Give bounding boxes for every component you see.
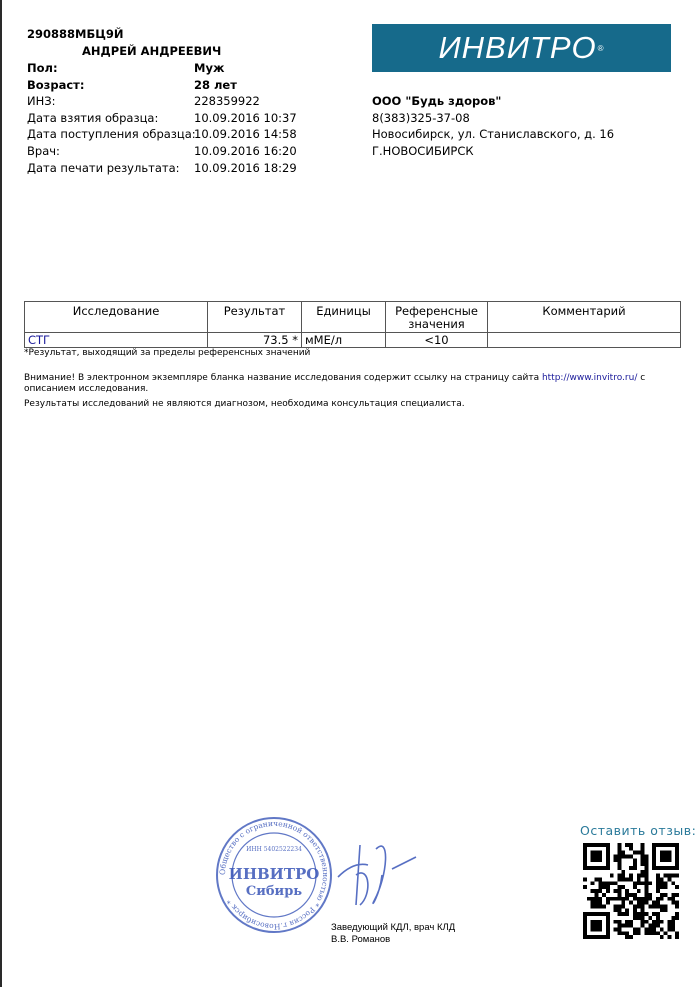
disclaimer: Результаты исследований не являются диаг…	[24, 399, 465, 409]
field-value: 10.09.2016 18:29	[194, 161, 297, 175]
units-cell: мМЕ/л	[302, 333, 386, 348]
invitro-logo: ИНВИТРО®	[372, 24, 671, 72]
registered-mark: ®	[598, 44, 605, 53]
comment-cell	[488, 333, 681, 348]
reference-cell: <10	[386, 333, 488, 348]
col-units: Единицы	[302, 302, 386, 333]
lab-address: Новосибирск, ул. Станиславского, д. 16	[372, 127, 614, 141]
signer-name: В.В. Романов	[331, 934, 390, 945]
field-value: 28 лет	[194, 78, 237, 92]
svg-text:ИНН 5402522234: ИНН 5402522234	[246, 846, 302, 853]
attention-text: Внимание! В электронном экземпляре бланк…	[24, 373, 542, 383]
field-label: Пол:	[27, 61, 58, 75]
field-label: Возраст:	[27, 78, 84, 92]
patient-name: АНДРЕЙ АНДРЕЕВИЧ	[82, 44, 221, 58]
out-of-range-flag: *	[292, 333, 298, 347]
field-value: 10.09.2016 14:58	[194, 127, 297, 141]
qr-code-icon[interactable]	[583, 843, 679, 939]
footnote: *Результат, выходящий за пределы референ…	[24, 348, 310, 358]
field-label: Дата поступления образца:	[27, 127, 196, 141]
col-result: Результат	[208, 302, 302, 333]
col-comment: Комментарий	[488, 302, 681, 333]
lab-city: Г.НОВОСИБИРСК	[372, 144, 474, 158]
invitro-link[interactable]: http://www.invitro.ru/	[542, 373, 637, 383]
field-label: ИНЗ:	[27, 94, 56, 108]
feedback-label: Оставить отзыв:	[580, 823, 696, 838]
field-label: Дата печати результата:	[27, 161, 180, 175]
field-value: 10.09.2016 16:20	[194, 144, 297, 158]
col-test: Исследование	[25, 302, 208, 333]
test-name-link[interactable]: СТГ	[25, 333, 208, 348]
result-cell: 73.5 *	[208, 333, 302, 348]
svg-text:Сибирь: Сибирь	[246, 884, 302, 899]
table-row: СТГ 73.5 * мМЕ/л <10	[25, 333, 681, 348]
signature-icon	[330, 835, 420, 915]
result-value: 73.5	[263, 333, 289, 347]
field-value: Муж	[194, 61, 224, 75]
order-id: 290888МБЦ9Й	[27, 27, 124, 41]
signer-position: Заведующий КДЛ, врач КЛД	[331, 922, 455, 933]
col-reference: Референсные значения	[386, 302, 488, 333]
field-value: 10.09.2016 10:37	[194, 111, 297, 125]
lab-company: ООО "Будь здоров"	[372, 94, 501, 108]
logo-text: ИНВИТРО	[438, 30, 596, 66]
svg-text:ИНВИТРО: ИНВИТРО	[229, 865, 320, 883]
table-header-row: Исследование Результат Единицы Референсн…	[25, 302, 681, 333]
lab-phone: 8(383)325-37-08	[372, 111, 470, 125]
field-label: Дата взятия образца:	[27, 111, 158, 125]
field-value: 228359922	[194, 94, 260, 108]
stamp-icon: Общество с ограниченной ответственностью…	[214, 815, 334, 935]
attention-note: Внимание! В электронном экземпляре бланк…	[24, 373, 664, 395]
results-table: Исследование Результат Единицы Референсн…	[24, 301, 681, 348]
field-label: Врач:	[27, 144, 60, 158]
page-edge	[0, 0, 2, 987]
